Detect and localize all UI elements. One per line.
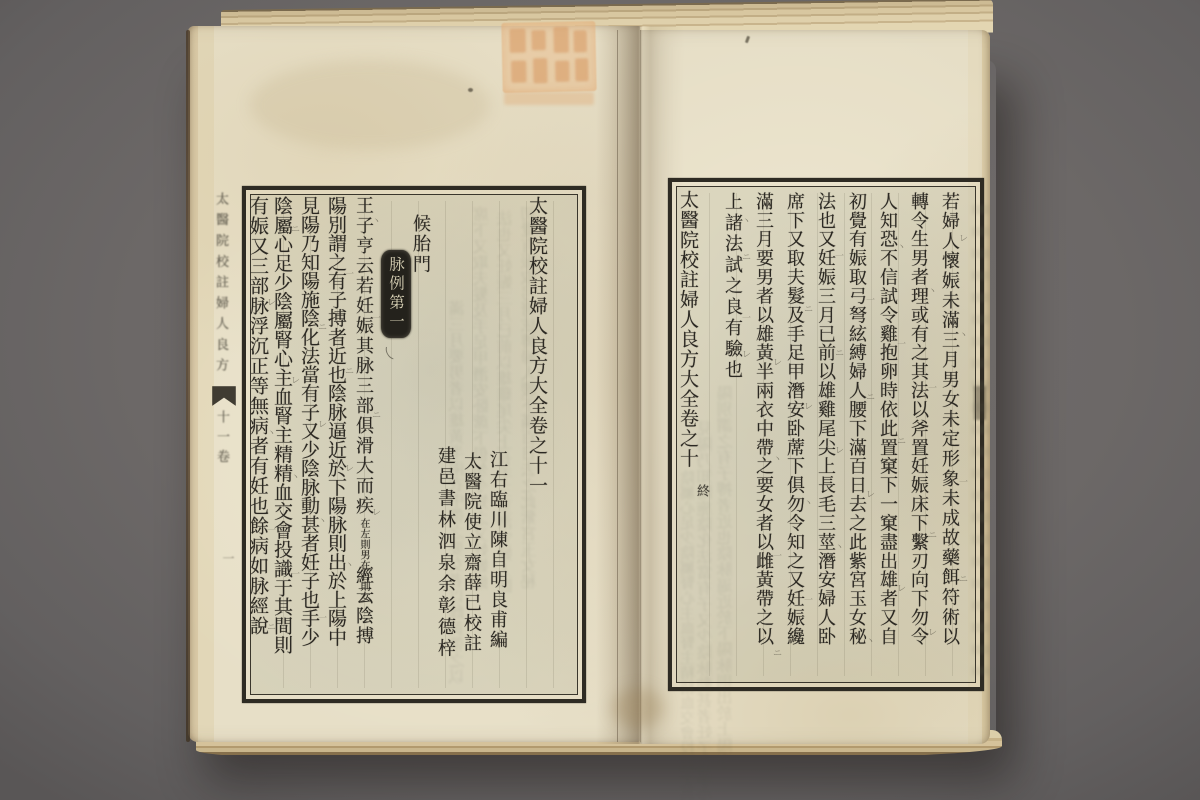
- spine-running-title: 太醫院校註婦人良方: [211, 192, 229, 388]
- text-column: 上諸法試之良有驗也: [721, 192, 744, 390]
- author-annotator: 太醫院使立齋薛已校註: [460, 452, 483, 664]
- left-page-edge: [186, 30, 190, 742]
- cartouche-label: 脉例第一: [387, 256, 405, 332]
- text-column: 轉令生男者理或有之其法以斧置妊娠床下繫刃向下勿令: [907, 192, 930, 670]
- text-column: 陰屬心足少陰屬腎心主血腎主精精血交會投識于其間則: [270, 196, 294, 678]
- photo-of-open-book: 太醫院校註婦人良方 十一卷 一 初覺有娠取弓弩絃縛婦人腰下滿百日去之此紫宮玉女秘…: [0, 0, 1200, 800]
- text-column: 人知恐不信試令雞抱卵時依此置窠下一窠盡出雄者又自: [876, 192, 899, 670]
- fold-strip-ghost: [972, 205, 990, 675]
- text-column: 法也又妊娠三月已前以雄雞尾尖上長毛三莖潛安婦人卧: [814, 192, 837, 670]
- leaf-boundary: [640, 30, 641, 742]
- spine-chapter: 十一卷: [212, 410, 230, 472]
- gutter-crease: [617, 30, 618, 742]
- section-cartouche: 脉例第一: [381, 250, 411, 338]
- bleed-through-text: 席下又取夫髮及手足甲潛安卧蓆下俱勿令知之又妊娠纔: [470, 206, 494, 438]
- right-page-end-title: 太醫院校註婦人良方大全卷之十: [676, 190, 700, 482]
- paper-stain: [250, 60, 490, 150]
- text-column: 有娠又三部脉浮沉正等無病者有妊也餘病如脉經說: [246, 196, 270, 658]
- author-editor: 江右臨川陳自明良甫編: [486, 450, 509, 660]
- text-column: 王子亨云若妊娠其脉三部俱滑大而疾在左則男在右則女經云陰搏: [351, 196, 375, 674]
- paper-stain: [612, 688, 664, 728]
- left-page-title: 太醫院校註婦人良方大全卷之十一: [525, 196, 549, 510]
- text-column: 見陽乃知陽施陰化法當有子又少陰脉動甚者妊子也手少: [297, 196, 321, 670]
- bleed-through-text: 法也又妊娠三月已前以雄雞尾尖上長毛三莖潛安婦人卧: [494, 210, 518, 440]
- interlinear-note: 在左則男在右則女: [358, 518, 370, 564]
- column-text: 經云陰搏: [353, 566, 374, 646]
- column-text: 王子亨云若妊娠其脉三部俱滑大而疾: [353, 196, 374, 516]
- text-column: 席下又取夫髮及手足甲潛安卧蓆下俱勿令知之又妊娠纔: [783, 192, 806, 670]
- text-column: 若婦人懷娠未滿三月男女未定形象未成故藥餌符術以: [938, 192, 961, 670]
- text-column: 陽別謂之有子搏者近也陰脉逼近於下陽脉則出於上陽中: [324, 196, 348, 670]
- bleed-through-text: 陰屬心足少陰屬腎心主血腎主精精血交會投識于其間則: [676, 470, 700, 670]
- author-publisher: 建邑書林泗泉余彰德梓: [434, 446, 457, 670]
- end-mark: 終: [689, 484, 713, 497]
- seal-residue: [504, 92, 594, 105]
- bleed-through-text: 滿三月要男者以雄黃半兩衣中帶之要女者以雌黃帶之以: [446, 300, 470, 440]
- page-edges-fore: [988, 34, 1006, 740]
- collector-seal: [501, 21, 596, 93]
- fold-strip-mark: [974, 386, 986, 420]
- text-column: 滿三月要男者以雄黃半兩衣中帶之要女者以雌黃帶之以: [752, 192, 775, 670]
- section-header: 候胎門: [409, 214, 432, 278]
- text-column: 初覺有娠取弓弩絃縛婦人腰下滿百日去之此紫宮玉女秘: [845, 192, 868, 670]
- spine-page-number: 一: [216, 552, 240, 564]
- ink-speck: [468, 88, 473, 92]
